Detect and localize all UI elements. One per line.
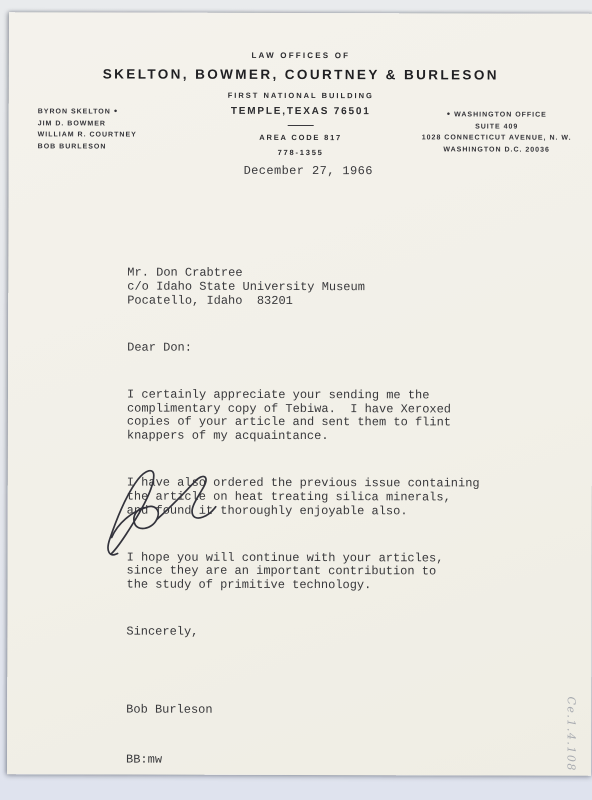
branch-office-street: 1028 CONNECTICUT AVENUE, N. W. xyxy=(413,132,581,144)
partner-name: JIM D. BOWMER xyxy=(38,118,137,130)
partner-name: WILLIAM R. COURTNEY xyxy=(38,129,137,141)
branch-office-suite: SUITE 409 xyxy=(413,121,581,133)
letter-date: December 27, 1966 xyxy=(244,165,373,179)
letter-paper: LAW OFFICES OF SKELTON, BOWMER, COURTNEY… xyxy=(7,12,592,776)
scanned-letter: LAW OFFICES OF SKELTON, BOWMER, COURTNEY… xyxy=(0,0,592,800)
branch-office: ● WASHINGTON OFFICE SUITE 409 1028 CONNE… xyxy=(413,109,581,155)
typist-reference: BB:mw xyxy=(126,754,516,769)
branch-office-city: WASHINGTON D.C. 20036 xyxy=(413,144,581,156)
closing: Sincerely, xyxy=(126,626,516,641)
letterhead-firm-name: SKELTON, BOWMER, COURTNEY & BURLESON xyxy=(9,66,592,83)
salutation: Dear Don: xyxy=(127,341,517,356)
paragraph: I have also ordered the previous issue c… xyxy=(127,477,517,519)
letterhead-divider xyxy=(288,125,314,126)
bullet-icon: ● xyxy=(114,109,119,115)
letter-body: Mr. Don Crabtree c/o Idaho State Univers… xyxy=(126,240,517,796)
branch-office-name: ● WASHINGTON OFFICE xyxy=(413,109,581,121)
letterhead-office-line: LAW OFFICES OF xyxy=(9,50,592,61)
partner-list: BYRON SKELTON ● JIM D. BOWMER WILLIAM R.… xyxy=(38,106,137,152)
bullet-icon: ● xyxy=(447,111,452,117)
recipient-address: Mr. Don Crabtree c/o Idaho State Univers… xyxy=(127,267,517,309)
paragraph: I hope you will continue with your artic… xyxy=(126,551,516,593)
letterhead-building: FIRST NATIONAL BUILDING xyxy=(9,90,592,101)
paragraph: I certainly appreciate your sending me t… xyxy=(127,389,517,445)
partner-name: BYRON SKELTON ● xyxy=(38,106,137,118)
typed-signature-name: Bob Burleson xyxy=(126,704,516,719)
partner-name: BOB BURLESON xyxy=(38,141,137,153)
catalog-annotation: Ce.1.4.108 xyxy=(565,693,578,775)
